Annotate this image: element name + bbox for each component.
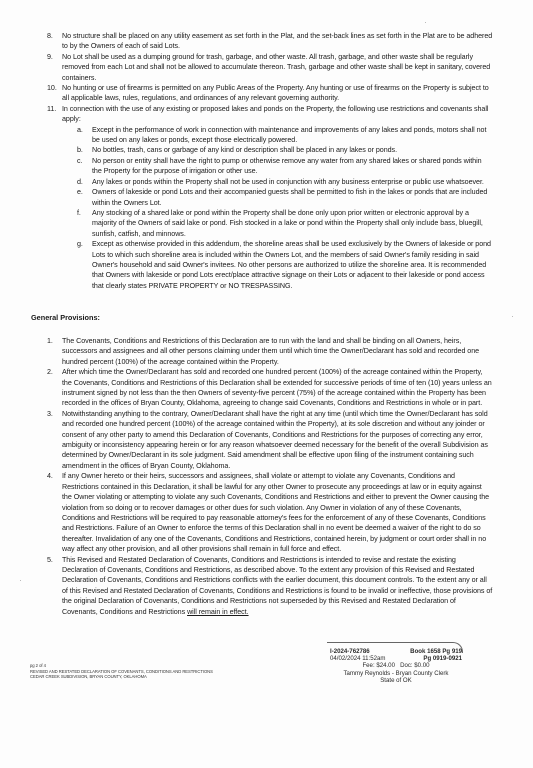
- underlined-text: will remain in effect.: [187, 608, 248, 616]
- list-item: 3. Notwithstanding anything to the contr…: [31, 409, 493, 471]
- item-number: 10.: [47, 83, 57, 93]
- item-text: No hunting or use of firearms is permitt…: [62, 84, 489, 102]
- sub-item-text: Except in the performance of work in con…: [92, 126, 486, 144]
- restrictions-list-continued: 8. No structure shall be placed on any u…: [31, 31, 493, 291]
- list-item: 2. After which time the Owner/Declarant …: [31, 367, 493, 409]
- sub-item-text: Except as otherwise provided in this add…: [92, 240, 491, 290]
- sub-item-text: No bottles, trash, cans or garbage of an…: [92, 146, 397, 154]
- recording-fee: Fee: $24.00: [362, 662, 395, 669]
- item-text: Notwithstanding anything to the contrary…: [62, 410, 488, 470]
- page-footer: pg 2 of 4 REVISED AND RESTATED DECLARATI…: [30, 663, 213, 680]
- sub-item-letter: d.: [77, 177, 83, 187]
- item-text: This Revised and Restated Declaration of…: [62, 556, 492, 616]
- doc-fee: Doc: $0.00: [400, 662, 429, 669]
- section-heading-general-provisions: General Provisions:: [31, 313, 100, 322]
- sub-item-letter: g.: [77, 239, 83, 249]
- item-number: 5.: [47, 555, 53, 565]
- recording-datetime: 04/02/2024 11:52am: [330, 655, 385, 662]
- item-text: No structure shall be placed on any util…: [62, 32, 492, 50]
- lake-pond-sublist: a. Except in the performance of work in …: [62, 125, 493, 292]
- list-item: 5. This Revised and Restated Declaration…: [31, 555, 493, 617]
- item-text: In connection with the use of any existi…: [62, 105, 488, 123]
- item-text: The Covenants, Conditions and Restrictio…: [62, 337, 479, 366]
- scan-speck: [512, 316, 513, 317]
- sub-list-item: e. Owners of lakeside or pond Lots and t…: [62, 187, 493, 208]
- item-text: No Lot shall be used as a dumping ground…: [62, 53, 490, 82]
- sub-list-item: a. Except in the performance of work in …: [62, 125, 493, 146]
- sub-item-text: No person or entity shall have the right…: [92, 157, 482, 175]
- sub-item-letter: c.: [77, 156, 82, 166]
- recording-stamp: I-2024-762786 Book 1658 Pg 919 04/02/202…: [330, 648, 462, 684]
- sub-item-letter: a.: [77, 125, 83, 135]
- list-item: 10. No hunting or use of firearms is per…: [31, 83, 493, 104]
- list-item: 4. If any Owner hereto or their heirs, s…: [31, 471, 493, 554]
- state: State of OK: [330, 677, 462, 684]
- sub-item-text: Any lakes or ponds within the Property s…: [92, 178, 484, 186]
- sub-list-item: f. Any stocking of a shared lake or pond…: [62, 208, 493, 239]
- item-number: 1.: [47, 336, 53, 346]
- county-clerk: Tammy Reynolds - Bryan County Clerk: [330, 670, 462, 677]
- page-range: Pg 0919-0921: [423, 655, 462, 662]
- sub-item-letter: e.: [77, 187, 83, 197]
- list-item: 8. No structure shall be placed on any u…: [31, 31, 493, 52]
- sub-list-item: b. No bottles, trash, cans or garbage of…: [62, 145, 493, 155]
- scan-speck: [425, 22, 426, 23]
- sub-item-text: Any stocking of a shared lake or pond wi…: [92, 209, 483, 238]
- item-text: If any Owner hereto or their heirs, succ…: [62, 472, 489, 553]
- item-number: 11.: [47, 104, 56, 114]
- item-text: After which time the Owner/Declarant has…: [62, 368, 492, 407]
- footer-subtitle: CEDAR CREEK SUBDIVISION, BRYAN COUNTY, O…: [30, 674, 213, 680]
- list-item: 9. No Lot shall be used as a dumping gro…: [31, 52, 493, 83]
- sub-item-text: Owners of lakeside or pond Lots and thei…: [92, 188, 487, 206]
- list-item: 1. The Covenants, Conditions and Restric…: [31, 336, 493, 367]
- item-number: 9.: [47, 52, 53, 62]
- sub-list-item: g. Except as otherwise provided in this …: [62, 239, 493, 291]
- item-number: 2.: [47, 367, 53, 377]
- item-number: 8.: [47, 31, 53, 41]
- instrument-number: I-2024-762786: [330, 648, 370, 655]
- item-number: 4.: [47, 471, 53, 481]
- sub-item-letter: b.: [77, 145, 83, 155]
- item-number: 3.: [47, 409, 53, 419]
- sub-list-item: c. No person or entity shall have the ri…: [62, 156, 493, 177]
- list-item: 11. In connection with the use of any ex…: [31, 104, 493, 291]
- document-page: 8. No structure shall be placed on any u…: [0, 0, 533, 768]
- book-page: Book 1658 Pg 919: [410, 648, 462, 655]
- sub-item-letter: f.: [77, 208, 81, 218]
- general-provisions-list: 1. The Covenants, Conditions and Restric…: [31, 336, 493, 617]
- sub-list-item: d. Any lakes or ponds within the Propert…: [62, 177, 493, 187]
- scan-speck: [20, 580, 21, 581]
